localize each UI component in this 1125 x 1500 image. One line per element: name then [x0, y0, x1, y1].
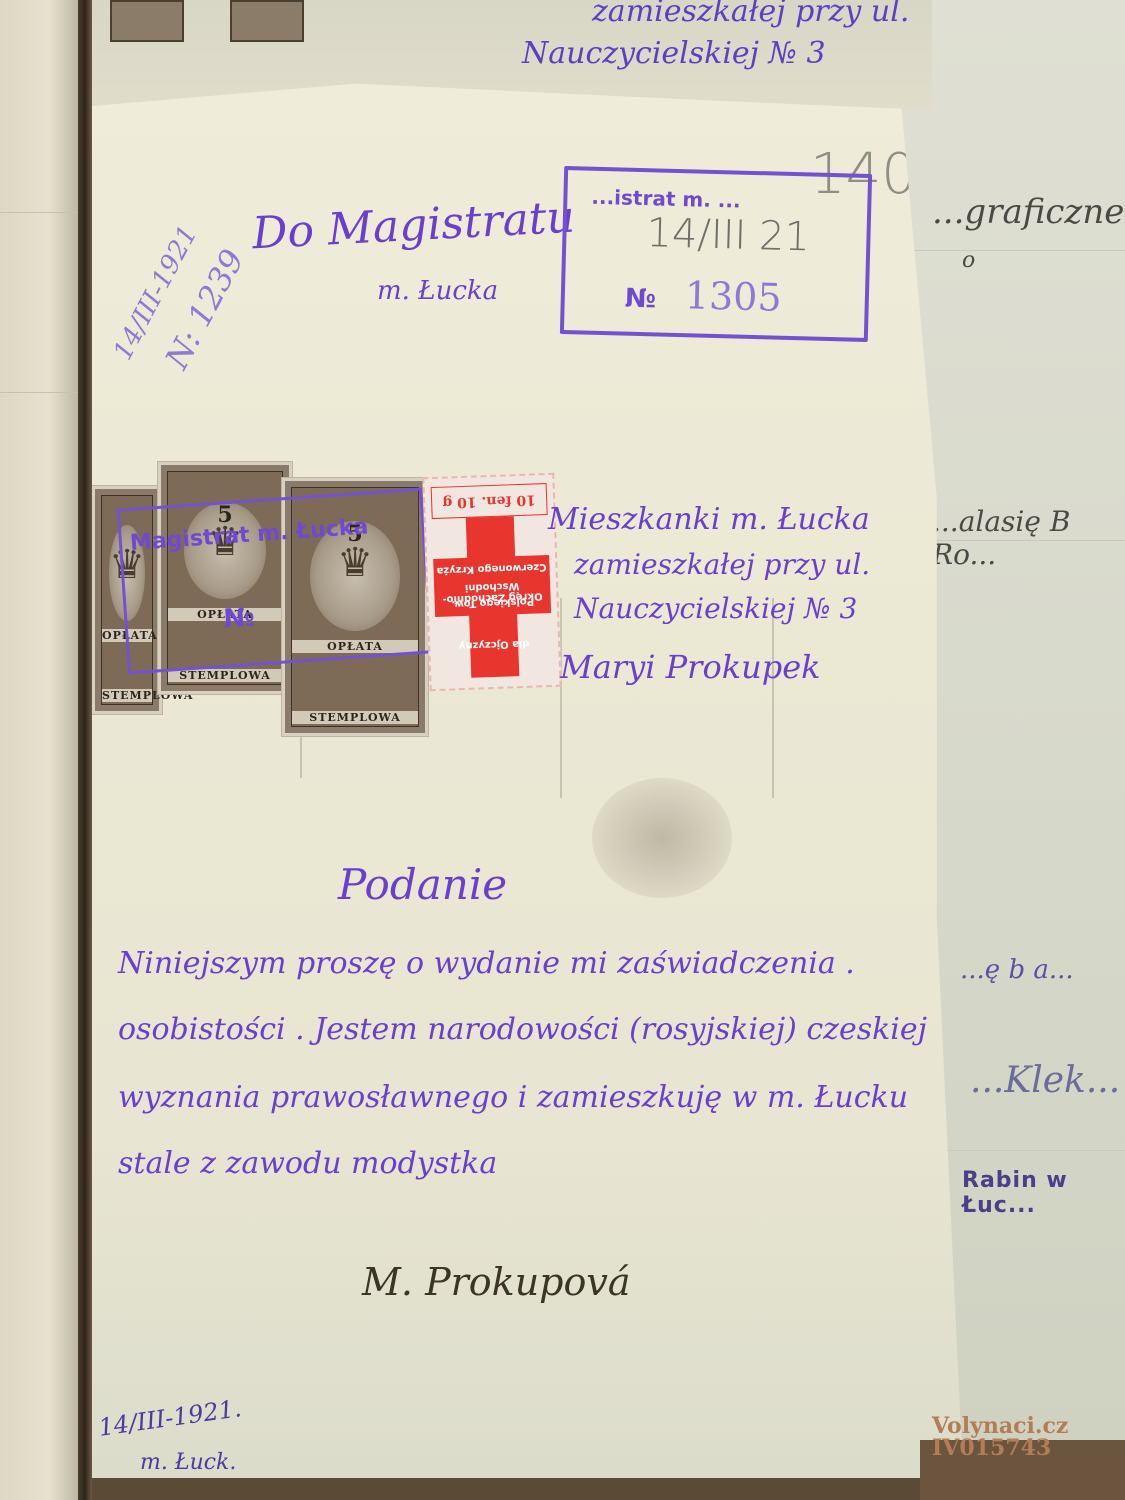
fiscal-stamp-partial — [110, 0, 184, 42]
sender-line3: Nauczycielskiej № 3 — [574, 592, 857, 625]
top-sheet-line: Nauczycielskiej № 3 — [522, 36, 826, 71]
cancel-stamp-number-label: № — [223, 603, 256, 635]
signature: M. Prokupová — [362, 1260, 631, 1304]
red-cross-charity-stamp: 10 fen. 10 g Czerwonego Krzyża Okręg Zac… — [422, 473, 561, 691]
right-sheet-text: ...Klek... — [970, 1060, 1120, 1101]
body-line: stale z zawodu modystka — [118, 1146, 497, 1181]
body-line: osobistości . Jestem narodowości (rosyjs… — [118, 1012, 927, 1047]
registry-stamp-number: 1305 — [684, 273, 782, 320]
body-line: wyznania prawosławnego i zamieszkuję w m… — [118, 1080, 908, 1115]
watermark-site: Volynaci.cz — [932, 1415, 1068, 1437]
fiscal-stamp-partial — [230, 0, 304, 42]
registry-stamp: ...istrat m. ... 14/III 21 № 1305 — [560, 166, 872, 342]
sender-line1: Mieszkanki m. Łucka — [548, 502, 870, 537]
right-sheet-text: ...ę b a... — [960, 955, 1074, 985]
registry-stamp-date: 14/III 21 — [646, 210, 811, 260]
left-book-page — [0, 0, 82, 1500]
registry-stamp-number-label: № — [624, 284, 656, 315]
addressee-line2: m. Łucka — [377, 276, 498, 306]
addressee-line1: Do Magistratu — [251, 192, 576, 260]
body-line: Niniejszym proszę o wydanie mi zaświadcz… — [118, 946, 855, 981]
top-sheet-line: zamieszkałej przy ul. — [592, 0, 909, 29]
sender-line2: zamieszkałej przy ul. — [574, 548, 870, 581]
registry-stamp-header: ...istrat m. ... — [591, 185, 741, 213]
sender-line4: Maryi Prokupek — [560, 648, 821, 686]
document-title: Podanie — [338, 860, 507, 909]
right-sheet-print: Rabin w Łuc... — [962, 1168, 1125, 1218]
watermark-id: IV015743 — [932, 1437, 1068, 1459]
right-sheet-text: ...alasię B Ro... — [932, 505, 1125, 571]
cancel-stamp-text: Magistrat m. Łucka — [129, 514, 369, 556]
margin-note-bottom-place: m. Łuck. — [140, 1450, 236, 1475]
book-gutter — [78, 0, 92, 1500]
right-sheet-text: o — [962, 248, 975, 273]
watermark: Volynaci.cz IV015743 — [932, 1415, 1068, 1459]
cancel-stamp: Magistrat m. Łucka № — [117, 488, 434, 675]
charity-stamp-value: 10 fen. 10 g — [431, 483, 548, 519]
right-sheet-text: ...graficzne — [932, 192, 1124, 232]
